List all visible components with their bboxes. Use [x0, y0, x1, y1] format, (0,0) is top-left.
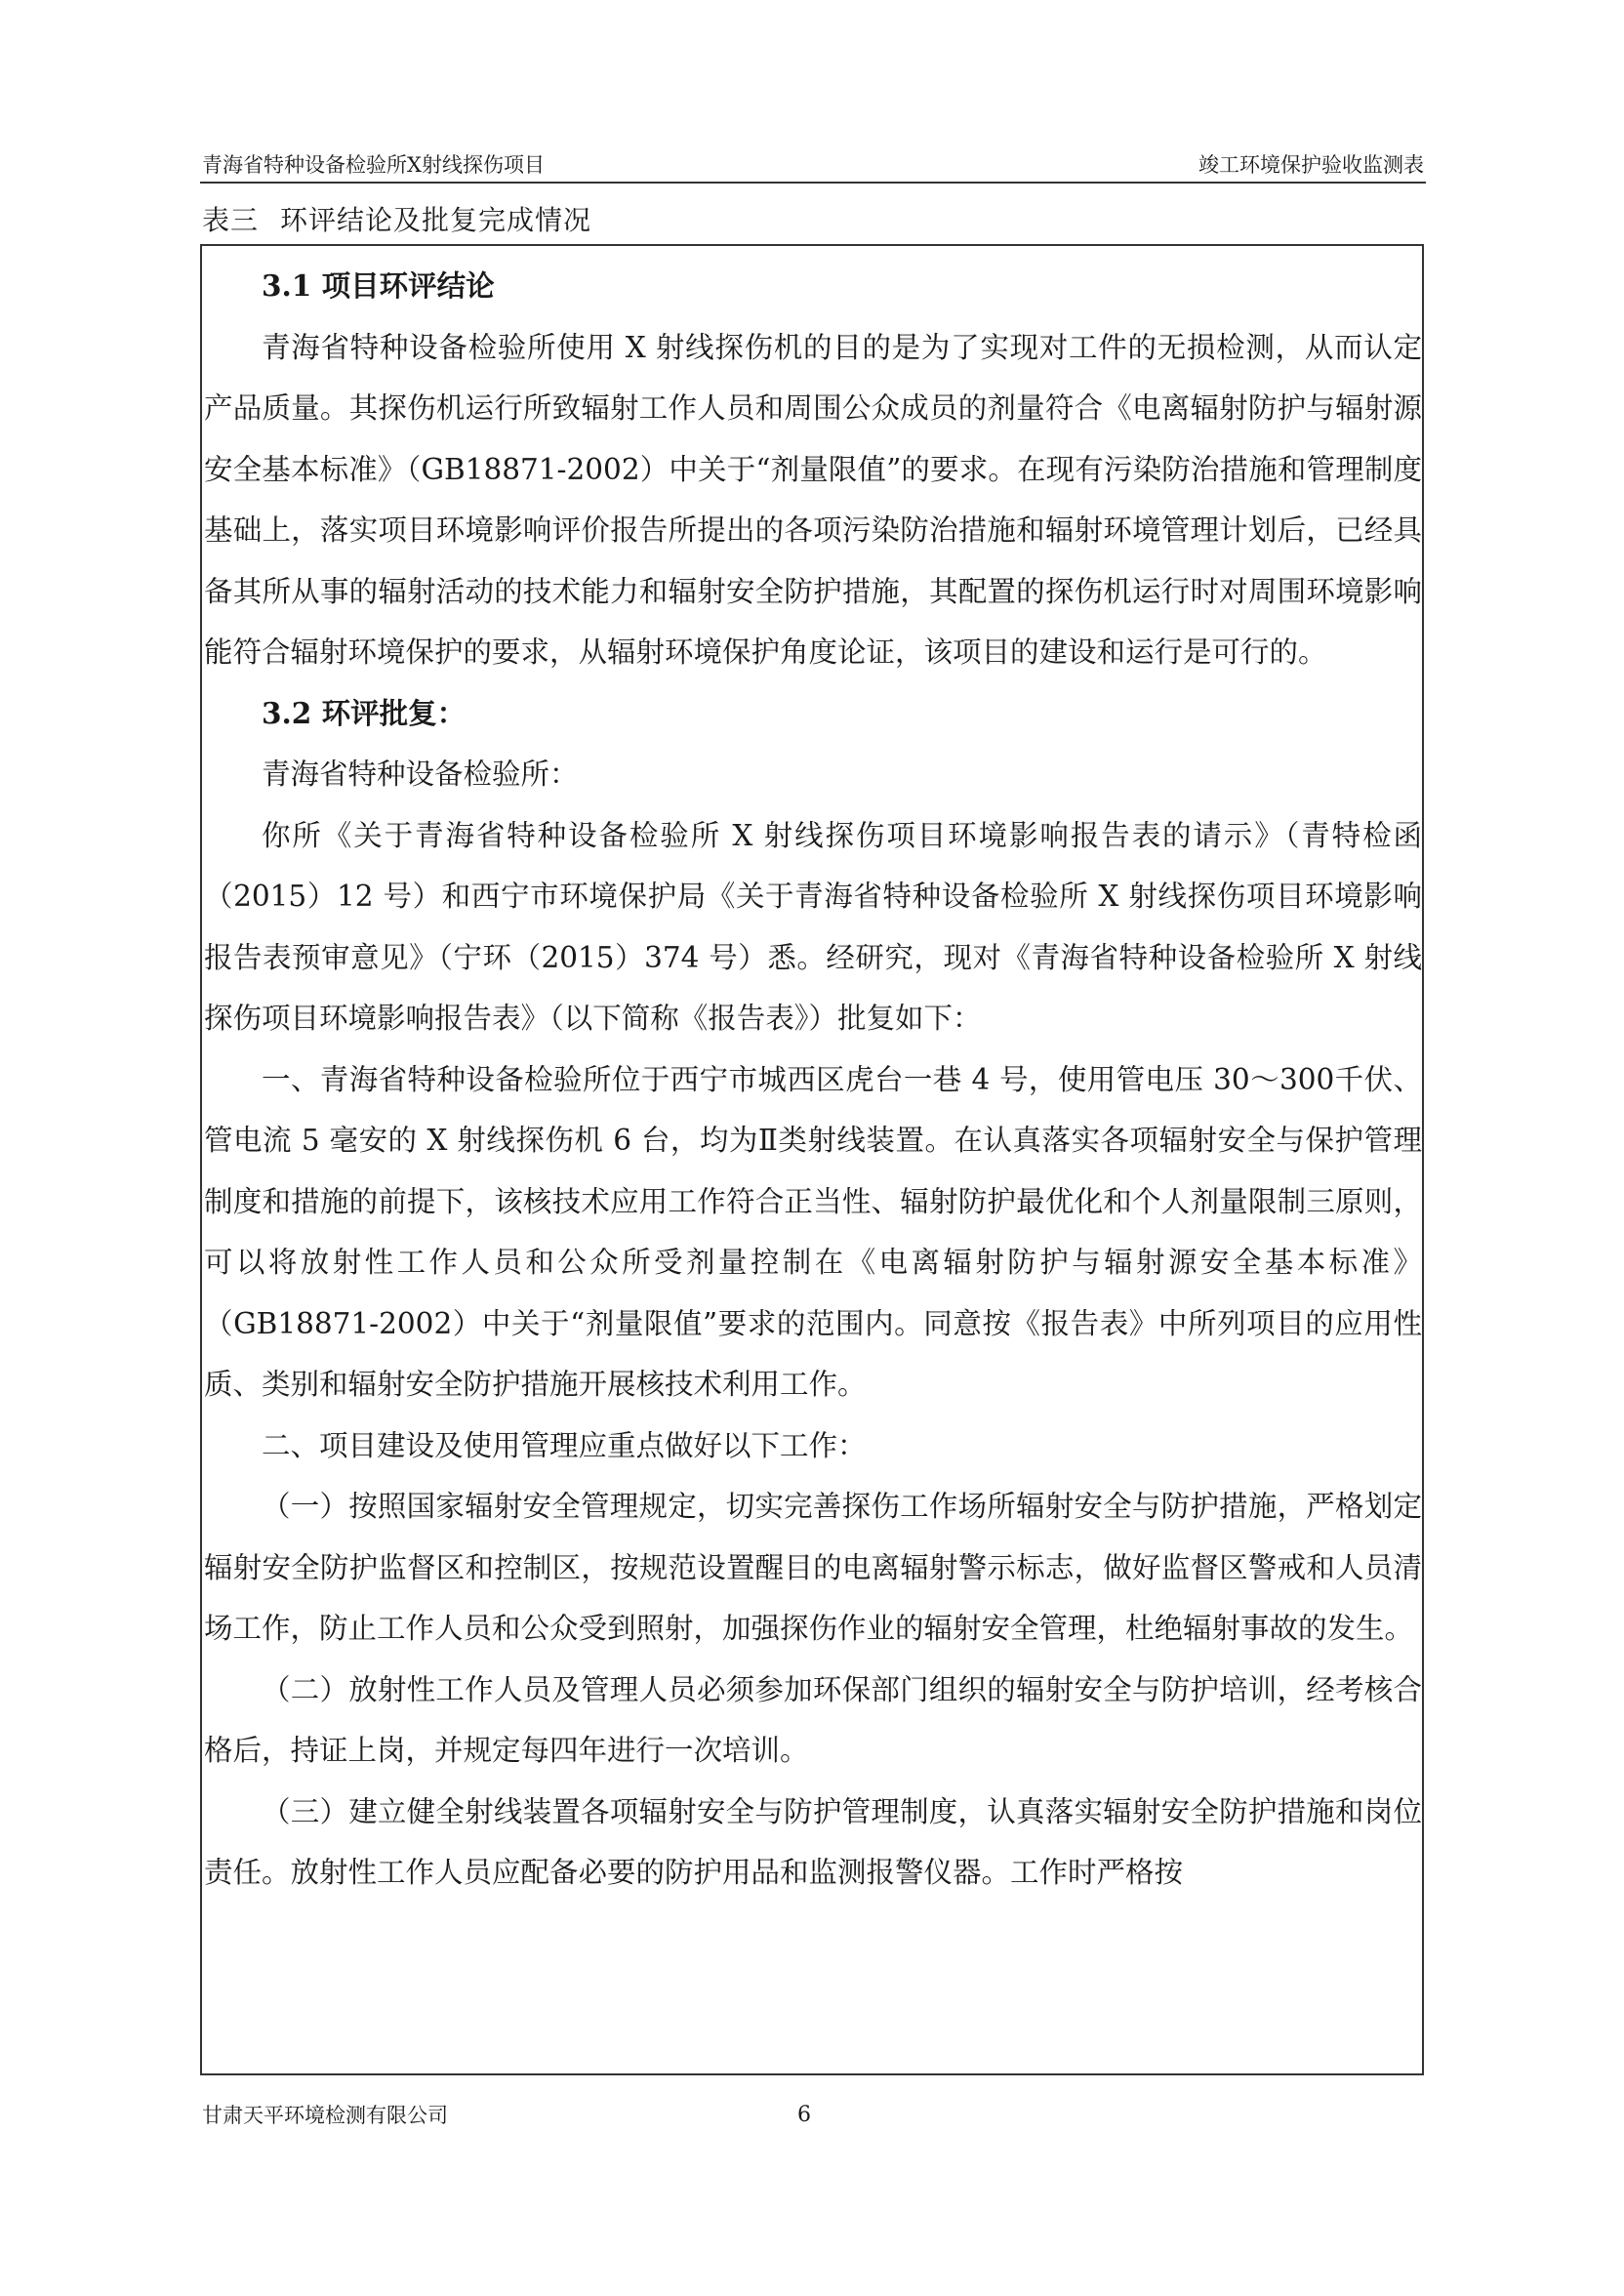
section-number: 表三: [202, 204, 259, 236]
subsection-heading-3-1: 3.1 项目环评结论: [204, 256, 1422, 317]
approval-intro-paragraph: 你所《关于青海省特种设备检验所 X 射线探伤项目环境影响报告表的请示》（青特检函…: [204, 805, 1422, 1049]
page-header: 青海省特种设备检验所X射线探伤项目 竣工环境保护验收监测表: [200, 148, 1426, 184]
page-number: 6: [797, 2101, 811, 2130]
page-footer: 甘肃天平环境检测有限公司 6: [200, 2101, 1426, 2130]
footer-company: 甘肃天平环境检测有限公司: [202, 2101, 448, 2130]
approval-item-2-heading: 二、项目建设及使用管理应重点做好以下工作：: [204, 1415, 1422, 1477]
approval-subitem-2-paragraph: （二）放射性工作人员及管理人员必须参加环保部门组织的辐射安全与防护培训，经考核合…: [204, 1660, 1422, 1782]
section-title: 表三环评结论及批复完成情况: [202, 203, 591, 238]
header-project-title: 青海省特种设备检验所X射线探伤项目: [202, 150, 545, 180]
approval-subitem-1-paragraph: （一）按照国家辐射安全管理规定，切实完善探伤工作场所辐射安全与防护措施，严格划定…: [204, 1476, 1422, 1660]
approval-addressee: 青海省特种设备检验所：: [204, 744, 1422, 805]
eia-conclusion-paragraph: 青海省特种设备检验所使用 X 射线探伤机的目的是为了实现对工件的无损检测，从而认…: [204, 317, 1422, 683]
section-title-text: 环评结论及批复完成情况: [280, 204, 591, 236]
header-document-type: 竣工环境保护验收监测表: [1198, 150, 1424, 180]
content-body: 3.1 项目环评结论 青海省特种设备检验所使用 X 射线探伤机的目的是为了实现对…: [204, 256, 1422, 1904]
approval-item-1-paragraph: 一、青海省特种设备检验所位于西宁市城西区虎台一巷 4 号，使用管电压 30～30…: [204, 1049, 1422, 1415]
subsection-heading-3-2: 3.2 环评批复：: [204, 683, 1422, 745]
approval-subitem-3-paragraph: （三）建立健全射线装置各项辐射安全与防护管理制度，认真落实辐射安全防护措施和岗位…: [204, 1782, 1422, 1904]
